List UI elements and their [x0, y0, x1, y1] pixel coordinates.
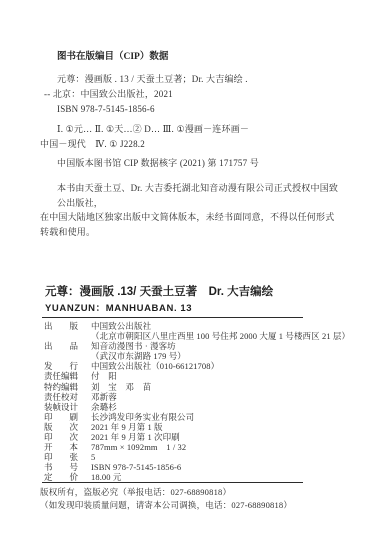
colophon-value: 长沙鸿发印务实业有限公司	[91, 412, 194, 422]
colophon-row-designer: 装帧设计 余璐杉	[44, 402, 344, 412]
colophon-value: 中国致公出版社	[91, 321, 151, 331]
book-title-romanized: YUANZUN：MANHUABAN. 13	[45, 301, 335, 316]
authorization-notice: 本书由天蚕土豆、Dr. 大吉委托湖北知音动漫有限公司正式授权中国致公出版社， 在…	[40, 181, 340, 239]
colophon-row-edition: 版 次 2021 年 9 月第 1 版	[44, 422, 344, 432]
colophon-label: 责任校对	[44, 392, 91, 402]
colophon-row-editor: 责任编辑 付 阳	[44, 371, 344, 381]
colophon-value: （武汉市东湖路 179 号）	[91, 351, 186, 361]
colophon-label: 出 品	[44, 341, 91, 351]
colophon-value: （北京市朝阳区八里庄西里 100 号住邦 2000 大厦 1 号楼西区 21 层…	[91, 331, 350, 341]
colophon-value: 2021 年 9 月第 1 版	[91, 422, 163, 432]
authorization-line-2: 在中国大陆地区独家出版中文简体版本，未经书面同意，不得以任何形式转载和使用。	[40, 210, 340, 239]
colophon-value: 787mm × 1092mm 1 / 32	[91, 442, 186, 452]
colophon-label: 责任编辑	[44, 371, 91, 381]
colophon-row-format: 开 本 787mm × 1092mm 1 / 32	[44, 442, 344, 452]
colophon-row-publisher: 出 版 中国致公出版社	[44, 321, 344, 331]
colophon-row-distributor: 发 行 中国致公出版社（010-66121708）	[44, 361, 344, 371]
colophon-value: 邓新蓉	[91, 392, 117, 402]
colophon-value: 刘 宝 邓 苗	[91, 382, 151, 392]
colophon-label: 印 刷	[44, 412, 91, 422]
divider-top	[42, 317, 303, 318]
cip-data-block: 图书在版编目（CIP）数据 元尊：漫画版 . 13 / 天蚕土豆著；Dr. 大吉…	[40, 50, 338, 171]
cip-classification-line-1: Ⅰ. ①元… Ⅱ. ①天…② D… Ⅲ. ①漫画－连环画－	[40, 122, 338, 137]
colophon-label: 开 本	[44, 442, 91, 452]
cip-isbn-line: ISBN 978-7-5145-1856-6	[40, 102, 338, 117]
colophon-label: 书 号	[44, 462, 91, 472]
colophon-label: 发 行	[44, 361, 91, 371]
colophon-label: 版 次	[44, 422, 91, 432]
colophon-value: 余璐杉	[91, 402, 117, 412]
colophon-row-producer: 出 品 知音动漫图书 · 漫客坊	[44, 341, 344, 351]
colophon-row-publisher-address: （北京市朝阳区八里庄西里 100 号住邦 2000 大厦 1 号楼西区 21 层…	[44, 331, 344, 341]
colophon-value: 知音动漫图书 · 漫客坊	[91, 341, 176, 351]
cip-publisher-line: -- 北京：中国致公出版社，2021	[40, 87, 338, 102]
colophon-label: 印 张	[44, 452, 91, 462]
colophon-row-producer-address: （武汉市东湖路 179 号）	[44, 351, 344, 361]
book-copyright-page: 图书在版编目（CIP）数据 元尊：漫画版 . 13 / 天蚕土豆著；Dr. 大吉…	[0, 0, 375, 559]
colophon-row-isbn: 书 号 ISBN 978-7-5145-1856-6	[44, 462, 344, 472]
colophon-row-price: 定 价 18.00 元	[44, 472, 344, 482]
colophon-label	[44, 331, 91, 341]
cip-title-line: 元尊：漫画版 . 13 / 天蚕土豆著；Dr. 大吉编绘 .	[40, 72, 338, 87]
colophon-value: ISBN 978-7-5145-1856-6	[91, 462, 181, 472]
colophon-label: 装帧设计	[44, 402, 91, 412]
colophon-row-impression: 印 次 2021 年 9 月第 1 次印刷	[44, 432, 344, 442]
colophon-label: 印 次	[44, 432, 91, 442]
colophon-row-printer: 印 刷 长沙鸿发印务实业有限公司	[44, 412, 344, 422]
cip-classification-line-2: 中国－现代 Ⅳ. ① J228.2	[40, 137, 338, 152]
book-title: 元尊：漫画版 .13/ 天蚕土豆著 Dr. 大吉编绘	[45, 285, 335, 300]
colophon-row-contributing-editors: 特约编辑 刘 宝 邓 苗	[44, 382, 344, 392]
colophon-value: 中国致公出版社（010-66121708）	[91, 361, 219, 371]
cip-record-number-line: 中国版本图书馆 CIP 数据核字 (2021) 第 171757 号	[40, 156, 338, 171]
book-title-block: 元尊：漫画版 .13/ 天蚕土豆著 Dr. 大吉编绘 YUANZUN：MANHU…	[45, 285, 335, 316]
colophon-value: 2021 年 9 月第 1 次印刷	[91, 432, 180, 442]
colophon-label: 出 版	[44, 321, 91, 331]
colophon-row-sheets: 印 张 5	[44, 452, 344, 462]
colophon-table: 出 版 中国致公出版社 （北京市朝阳区八里庄西里 100 号住邦 2000 大厦…	[44, 321, 344, 483]
colophon-label: 定 价	[44, 472, 91, 482]
colophon-value: 18.00 元	[91, 472, 121, 482]
colophon-label: 特约编辑	[44, 382, 91, 392]
colophon-label	[44, 351, 91, 361]
divider-bottom	[42, 482, 303, 483]
cip-heading: 图书在版编目（CIP）数据	[40, 50, 338, 65]
quality-exchange-line: （如发现印装质量问题，请寄本公司调换，电话：027-68890818）	[40, 499, 340, 512]
anti-piracy-line: 版权所有，盗版必究（举报电话：027-68890818）	[40, 486, 340, 499]
colophon-row-proofreader: 责任校对 邓新蓉	[44, 392, 344, 402]
copyright-notice: 版权所有，盗版必究（举报电话：027-68890818） （如发现印装质量问题，…	[40, 486, 340, 512]
authorization-line-1: 本书由天蚕土豆、Dr. 大吉委托湖北知音动漫有限公司正式授权中国致公出版社，	[40, 181, 340, 210]
colophon-value: 付 阳	[91, 371, 117, 381]
colophon-value: 5	[91, 452, 95, 462]
